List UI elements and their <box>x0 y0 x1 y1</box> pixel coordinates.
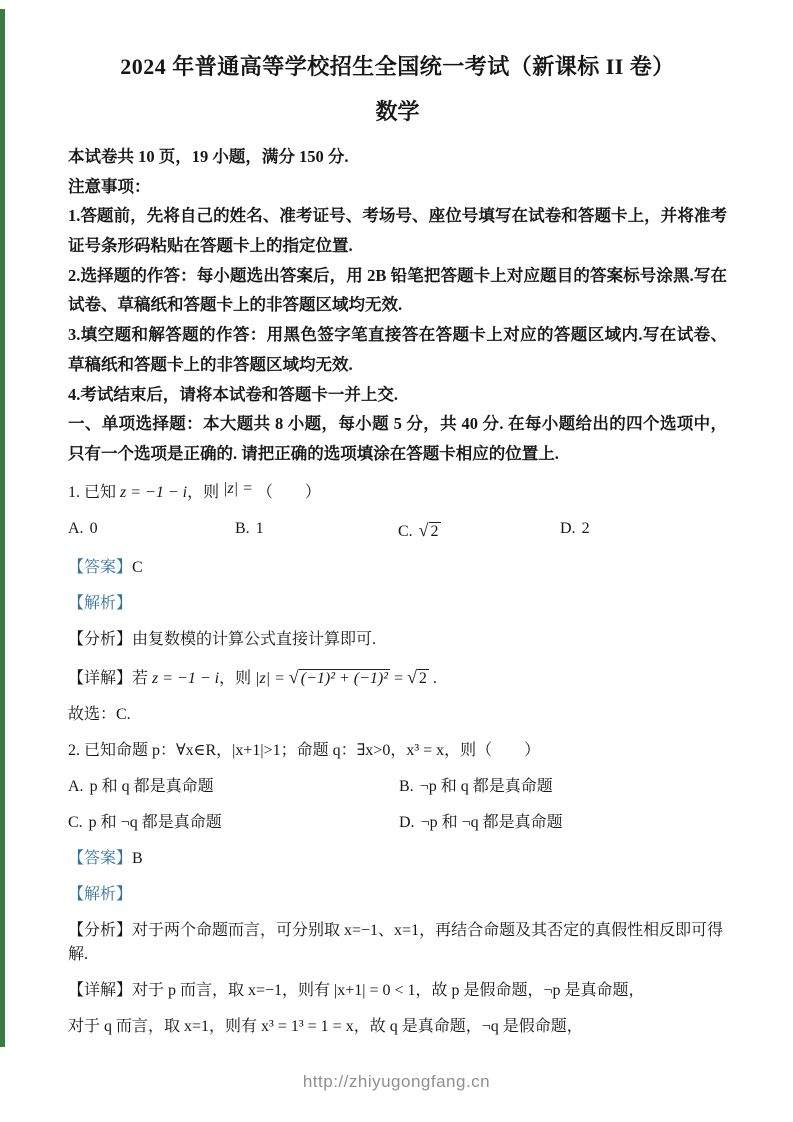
q1-stem-mid: ，则 <box>187 484 223 501</box>
q2-option-b: B.¬p 和 q 都是真命题 <box>399 775 727 799</box>
question-2-options: A.p 和 q 都是真命题 B.¬p 和 q 都是真命题 C.p 和 ¬q 都是… <box>68 775 727 835</box>
q2-analysis: 【分析】对于两个命题而言，可分别取 x=−1、x=1，再结合命题及其否定的真假性… <box>68 919 727 967</box>
q2-option-a: A.p 和 q 都是真命题 <box>68 775 399 799</box>
q1-stem-expression: z = −1 − i <box>120 484 187 501</box>
q2-detail-line-2: 对于 q 而言，取 x=1，则有 x³ = 1³ = 1 = x，故 q 是真命… <box>68 1015 727 1039</box>
notice-item-2: 2.选择题的作答：每小题选出答案后，用 2B 铅笔把答题卡上对应题目的答案标号涂… <box>68 261 727 320</box>
notice-item-3: 3.填空题和解答题的作答：用黑色签字笔直接答在答题卡上对应的答题区域内.写在试卷… <box>68 320 727 379</box>
option-value: ¬p 和 q 都是真命题 <box>420 778 553 795</box>
answer-label: 【答案】 <box>68 559 132 576</box>
notice-item-1: 1.答题前，先将自己的姓名、准考证号、考场号、座位号填写在试卷和答题卡上，并将准… <box>68 201 727 260</box>
q1-detail-modulus: |z| = <box>255 670 289 687</box>
q1-answer-line: 【答案】C <box>68 556 727 580</box>
question-1-block: 1. 已知 z = −1 − i，则 |z| = （ ） A.0 B.1 C.√… <box>68 481 727 727</box>
option-label: B. <box>399 778 414 795</box>
radical-sign: √ <box>419 520 429 540</box>
equals-sign: = <box>390 670 407 687</box>
section-heading: 一、单项选择题：本大题共 8 小题，每小题 5 分，共 40 分. 在每小题给出… <box>68 409 727 468</box>
option-value: p 和 q 都是真命题 <box>90 778 214 795</box>
option-value: 0 <box>90 520 98 537</box>
q1-detail-mid: ，则 <box>219 670 255 687</box>
q1-option-b: B.1 <box>235 517 398 544</box>
q1-detail-pre: 【详解】若 <box>68 670 152 687</box>
q1-stem-paren: （ ） <box>257 484 321 501</box>
q1-stem-pre: 1. 已知 <box>68 484 120 501</box>
notice-item-4: 4.考试结束后，请将本试卷和答题卡一并上交. <box>68 380 727 410</box>
option-label: C. <box>398 523 413 540</box>
option-label: B. <box>235 520 250 537</box>
radicand: 2 <box>429 522 441 540</box>
option-value: 1 <box>256 520 264 537</box>
document-content: 2024 年普通高等学校招生全国统一考试（新课标 II 卷） 数学 本试卷共 1… <box>0 0 793 1039</box>
answer-label: 【答案】 <box>68 850 132 867</box>
paper-info: 本试卷共 10 页，19 小题，满分 150 分. <box>68 142 727 172</box>
option-value: 2 <box>582 520 590 537</box>
q1-detail-expression: z = −1 − i <box>152 670 219 687</box>
option-label: A. <box>68 778 84 795</box>
q2-detail-line-1: 【详解】对于 p 而言，取 x=−1，则有 |x+1| = 0 < 1，故 p … <box>68 979 727 1003</box>
q2-option-d: D.¬p 和 ¬q 都是真命题 <box>399 811 727 835</box>
q2-analysis-heading: 【解析】 <box>68 883 727 907</box>
question-1-stem: 1. 已知 z = −1 − i，则 |z| = （ ） <box>68 481 727 505</box>
option-label: D. <box>399 814 415 831</box>
q2-answer-line: 【答案】B <box>68 847 727 871</box>
left-edge-accent-bar <box>0 9 5 1047</box>
page-title: 2024 年普通高等学校招生全国统一考试（新课标 II 卷） <box>68 50 727 81</box>
radical-sign: √ <box>289 667 299 687</box>
question-1-options: A.0 B.1 C.√2 D.2 <box>68 517 727 544</box>
option-value: ¬p 和 ¬q 都是真命题 <box>421 814 563 831</box>
q1-stem-modulus: |z| = <box>223 480 253 497</box>
notices-heading: 注意事项： <box>68 172 727 202</box>
q1-conclusion: 故选：C. <box>68 703 727 727</box>
analysis-label: 【解析】 <box>68 886 132 903</box>
option-label: D. <box>560 520 576 537</box>
option-label: C. <box>68 814 83 831</box>
q1-option-c: C.√2 <box>398 517 560 544</box>
answer-value: B <box>132 850 143 867</box>
question-2-stem: 2. 已知命题 p：∀x∈R，|x+1|>1；命题 q：∃x>0，x³ = x，… <box>68 739 727 763</box>
analysis-label: 【解析】 <box>68 595 132 612</box>
q1-detail: 【详解】若 z = −1 − i，则 |z| = √(−1)² + (−1)² … <box>68 664 727 691</box>
q1-option-a: A.0 <box>68 517 235 544</box>
page-subtitle: 数学 <box>68 95 727 126</box>
answer-value: C <box>132 559 143 576</box>
sqrt-expression: √2 <box>419 523 441 540</box>
footer-watermark-url: http://zhiyugongfang.cn <box>0 1072 793 1092</box>
q2-option-c: C.p 和 ¬q 都是真命题 <box>68 811 399 835</box>
q1-detail-end: . <box>429 670 437 687</box>
exam-document-page: 2024 年普通高等学校招生全国统一考试（新课标 II 卷） 数学 本试卷共 1… <box>0 0 793 1122</box>
q1-analysis: 【分析】由复数模的计算公式直接计算即可. <box>68 628 727 652</box>
option-value: p 和 ¬q 都是真命题 <box>89 814 222 831</box>
question-2-block: 2. 已知命题 p：∀x∈R，|x+1|>1；命题 q：∃x>0，x³ = x，… <box>68 739 727 1039</box>
radical-sign: √ <box>407 667 417 687</box>
radicand: 2 <box>417 669 429 687</box>
option-label: A. <box>68 520 84 537</box>
radicand: (−1)² + (−1)² <box>299 669 390 687</box>
q1-option-d: D.2 <box>560 517 727 544</box>
q1-analysis-heading: 【解析】 <box>68 592 727 616</box>
